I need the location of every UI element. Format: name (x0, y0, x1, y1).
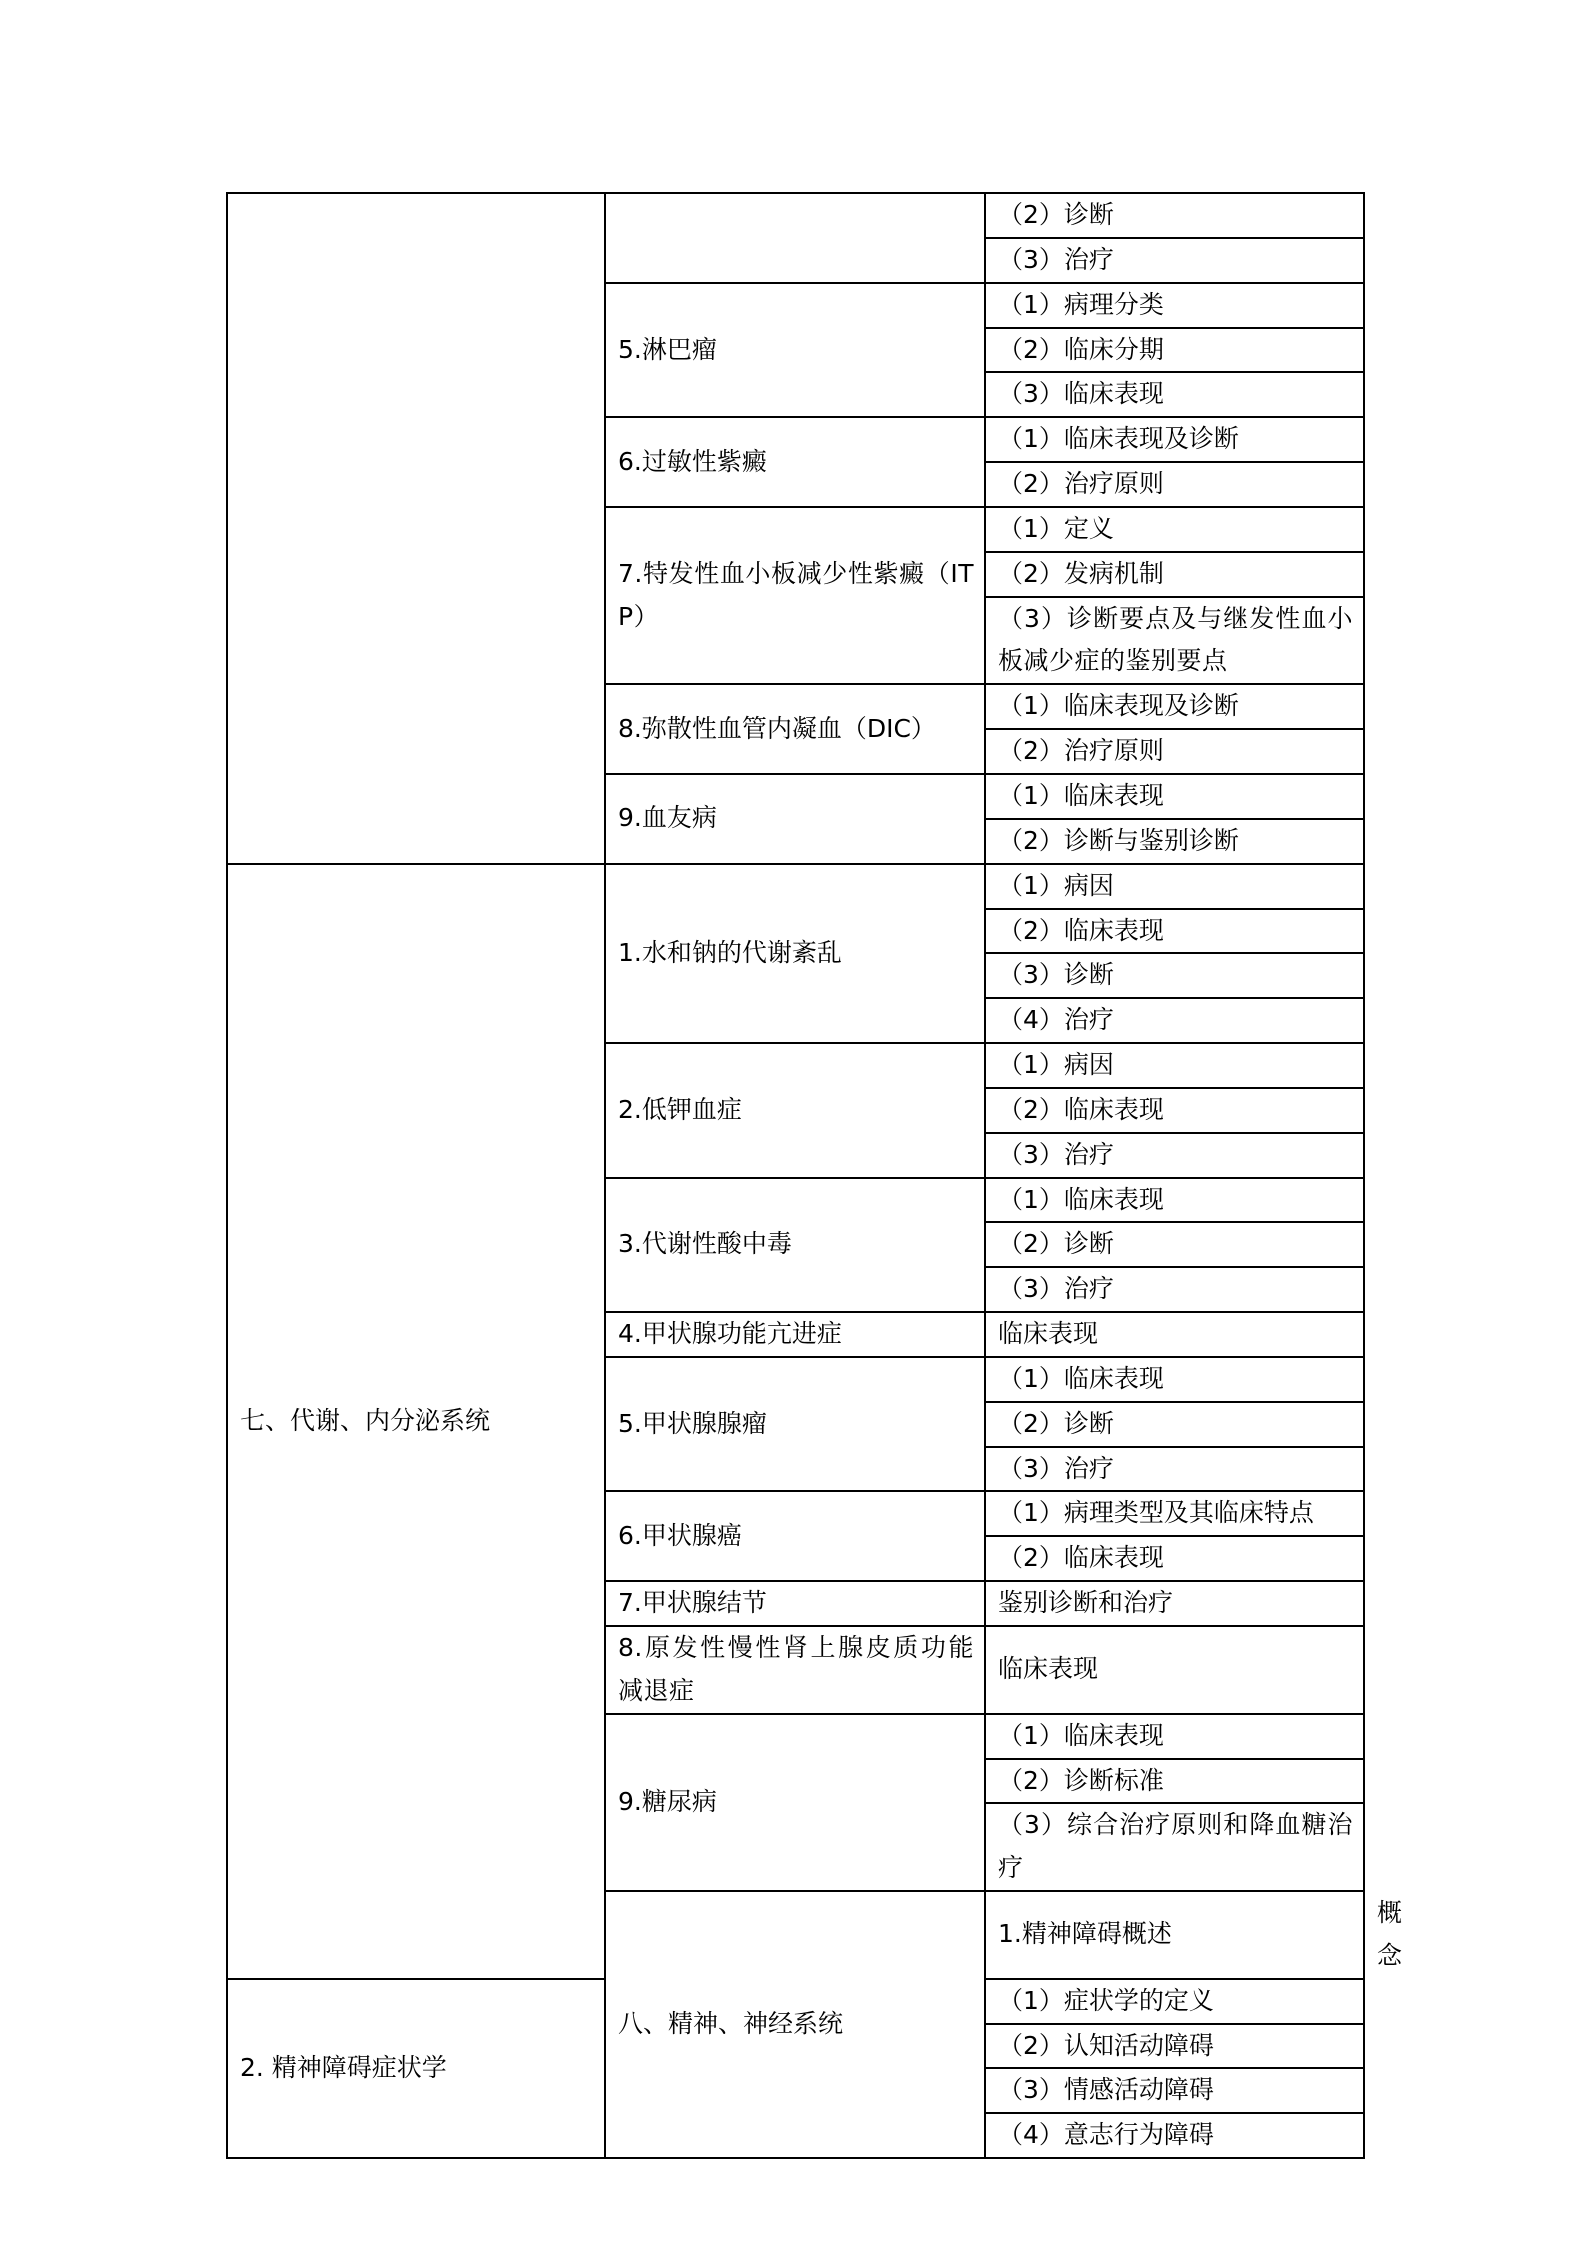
point-cell: （3）临床表现 (985, 372, 1364, 417)
point-cell: （1）症状学的定义 (985, 1979, 1364, 2024)
item-cell: 1.精神障碍概述 (985, 1891, 1364, 1979)
point-cell: （3）诊断要点及与继发性血小板减少症的鉴别要点 (985, 597, 1364, 685)
point-cell: （1）临床表现 (985, 1714, 1364, 1759)
point-cell: （1）临床表现及诊断 (985, 417, 1364, 462)
item-cell: 8.弥散性血管内凝血（DIC） (605, 684, 985, 774)
point-cell: （2）治疗原则 (985, 462, 1364, 507)
point-cell: （1）临床表现 (985, 1357, 1364, 1402)
item-cell: 7.甲状腺结节 (605, 1581, 985, 1626)
point-cell: （2）认知活动障碍 (985, 2024, 1364, 2069)
item-cell: 9.糖尿病 (605, 1714, 985, 1891)
point-cell: （2）诊断与鉴别诊断 (985, 819, 1364, 864)
point-cell: （3）治疗 (985, 1447, 1364, 1492)
unit-cell: 七、代谢、内分泌系统 (227, 864, 605, 1979)
point-cell: （4）意志行为障碍 (985, 2113, 1364, 2158)
point-cell: （1）定义 (985, 507, 1364, 552)
point-cell: （2）临床表现 (985, 1088, 1364, 1133)
syllabus-table: （2）诊断 （3）治疗 5.淋巴瘤 （1）病理分类 （2）临床分期 （3）临床表… (226, 192, 1365, 2159)
item-cell: 3.代谢性酸中毒 (605, 1178, 985, 1313)
point-cell: 临床表现 (985, 1312, 1364, 1357)
item-cell (605, 193, 985, 283)
point-cell: （1）临床表现 (985, 1178, 1364, 1223)
point-cell: （3）诊断 (985, 953, 1364, 998)
item-cell: 2.低钾血症 (605, 1043, 985, 1178)
unit-cell (227, 193, 605, 864)
point-cell: （3）综合治疗原则和降血糖治疗 (985, 1803, 1364, 1891)
point-cell: 鉴别诊断和治疗 (985, 1581, 1364, 1626)
point-cell: （2）临床表现 (985, 1536, 1364, 1581)
point-cell: （3）情感活动障碍 (985, 2068, 1364, 2113)
point-cell: （2）诊断 (985, 1222, 1364, 1267)
point-cell: 临床表现 (985, 1626, 1364, 1714)
point-cell: （3）治疗 (985, 1267, 1364, 1312)
item-cell: 8.原发性慢性肾上腺皮质功能减退症 (605, 1626, 985, 1714)
point-cell: （1）病理类型及其临床特点 (985, 1491, 1364, 1536)
document-page: （2）诊断 （3）治疗 5.淋巴瘤 （1）病理分类 （2）临床分期 （3）临床表… (0, 0, 1587, 2245)
point-cell: （2）治疗原则 (985, 729, 1364, 774)
point-cell: （1）病因 (985, 864, 1364, 909)
item-cell: 5.甲状腺腺瘤 (605, 1357, 985, 1492)
point-cell: （4）治疗 (985, 998, 1364, 1043)
point-cell: （1）临床表现 (985, 774, 1364, 819)
point-cell: （2）诊断 (985, 193, 1364, 238)
point-cell: （2）发病机制 (985, 552, 1364, 597)
item-cell: 9.血友病 (605, 774, 985, 864)
point-cell: （3）治疗 (985, 238, 1364, 283)
point-cell: （1）病理分类 (985, 283, 1364, 328)
unit-cell: 八、精神、神经系统 (605, 1891, 985, 2158)
point-cell: （2）临床分期 (985, 328, 1364, 373)
item-cell: 4.甲状腺功能亢进症 (605, 1312, 985, 1357)
item-cell: 1.水和钠的代谢紊乱 (605, 864, 985, 1043)
item-cell: 7.特发性血小板减少性紫癜（ITP） (605, 507, 985, 684)
item-cell: 5.淋巴瘤 (605, 283, 985, 418)
point-cell: （2）诊断 (985, 1402, 1364, 1447)
item-cell: 2. 精神障碍症状学 (227, 1979, 605, 2158)
table-row: 七、代谢、内分泌系统 1.水和钠的代谢紊乱 （1）病因 (227, 864, 1364, 909)
point-cell: （1）病因 (985, 1043, 1364, 1088)
table-row: （2）诊断 (227, 193, 1364, 238)
item-cell: 6.过敏性紫癜 (605, 417, 985, 507)
point-cell: （1）临床表现及诊断 (985, 684, 1364, 729)
item-cell: 6.甲状腺癌 (605, 1491, 985, 1581)
point-cell: （2）临床表现 (985, 909, 1364, 954)
point-cell: （2）诊断标准 (985, 1759, 1364, 1804)
point-cell: （3）治疗 (985, 1133, 1364, 1178)
